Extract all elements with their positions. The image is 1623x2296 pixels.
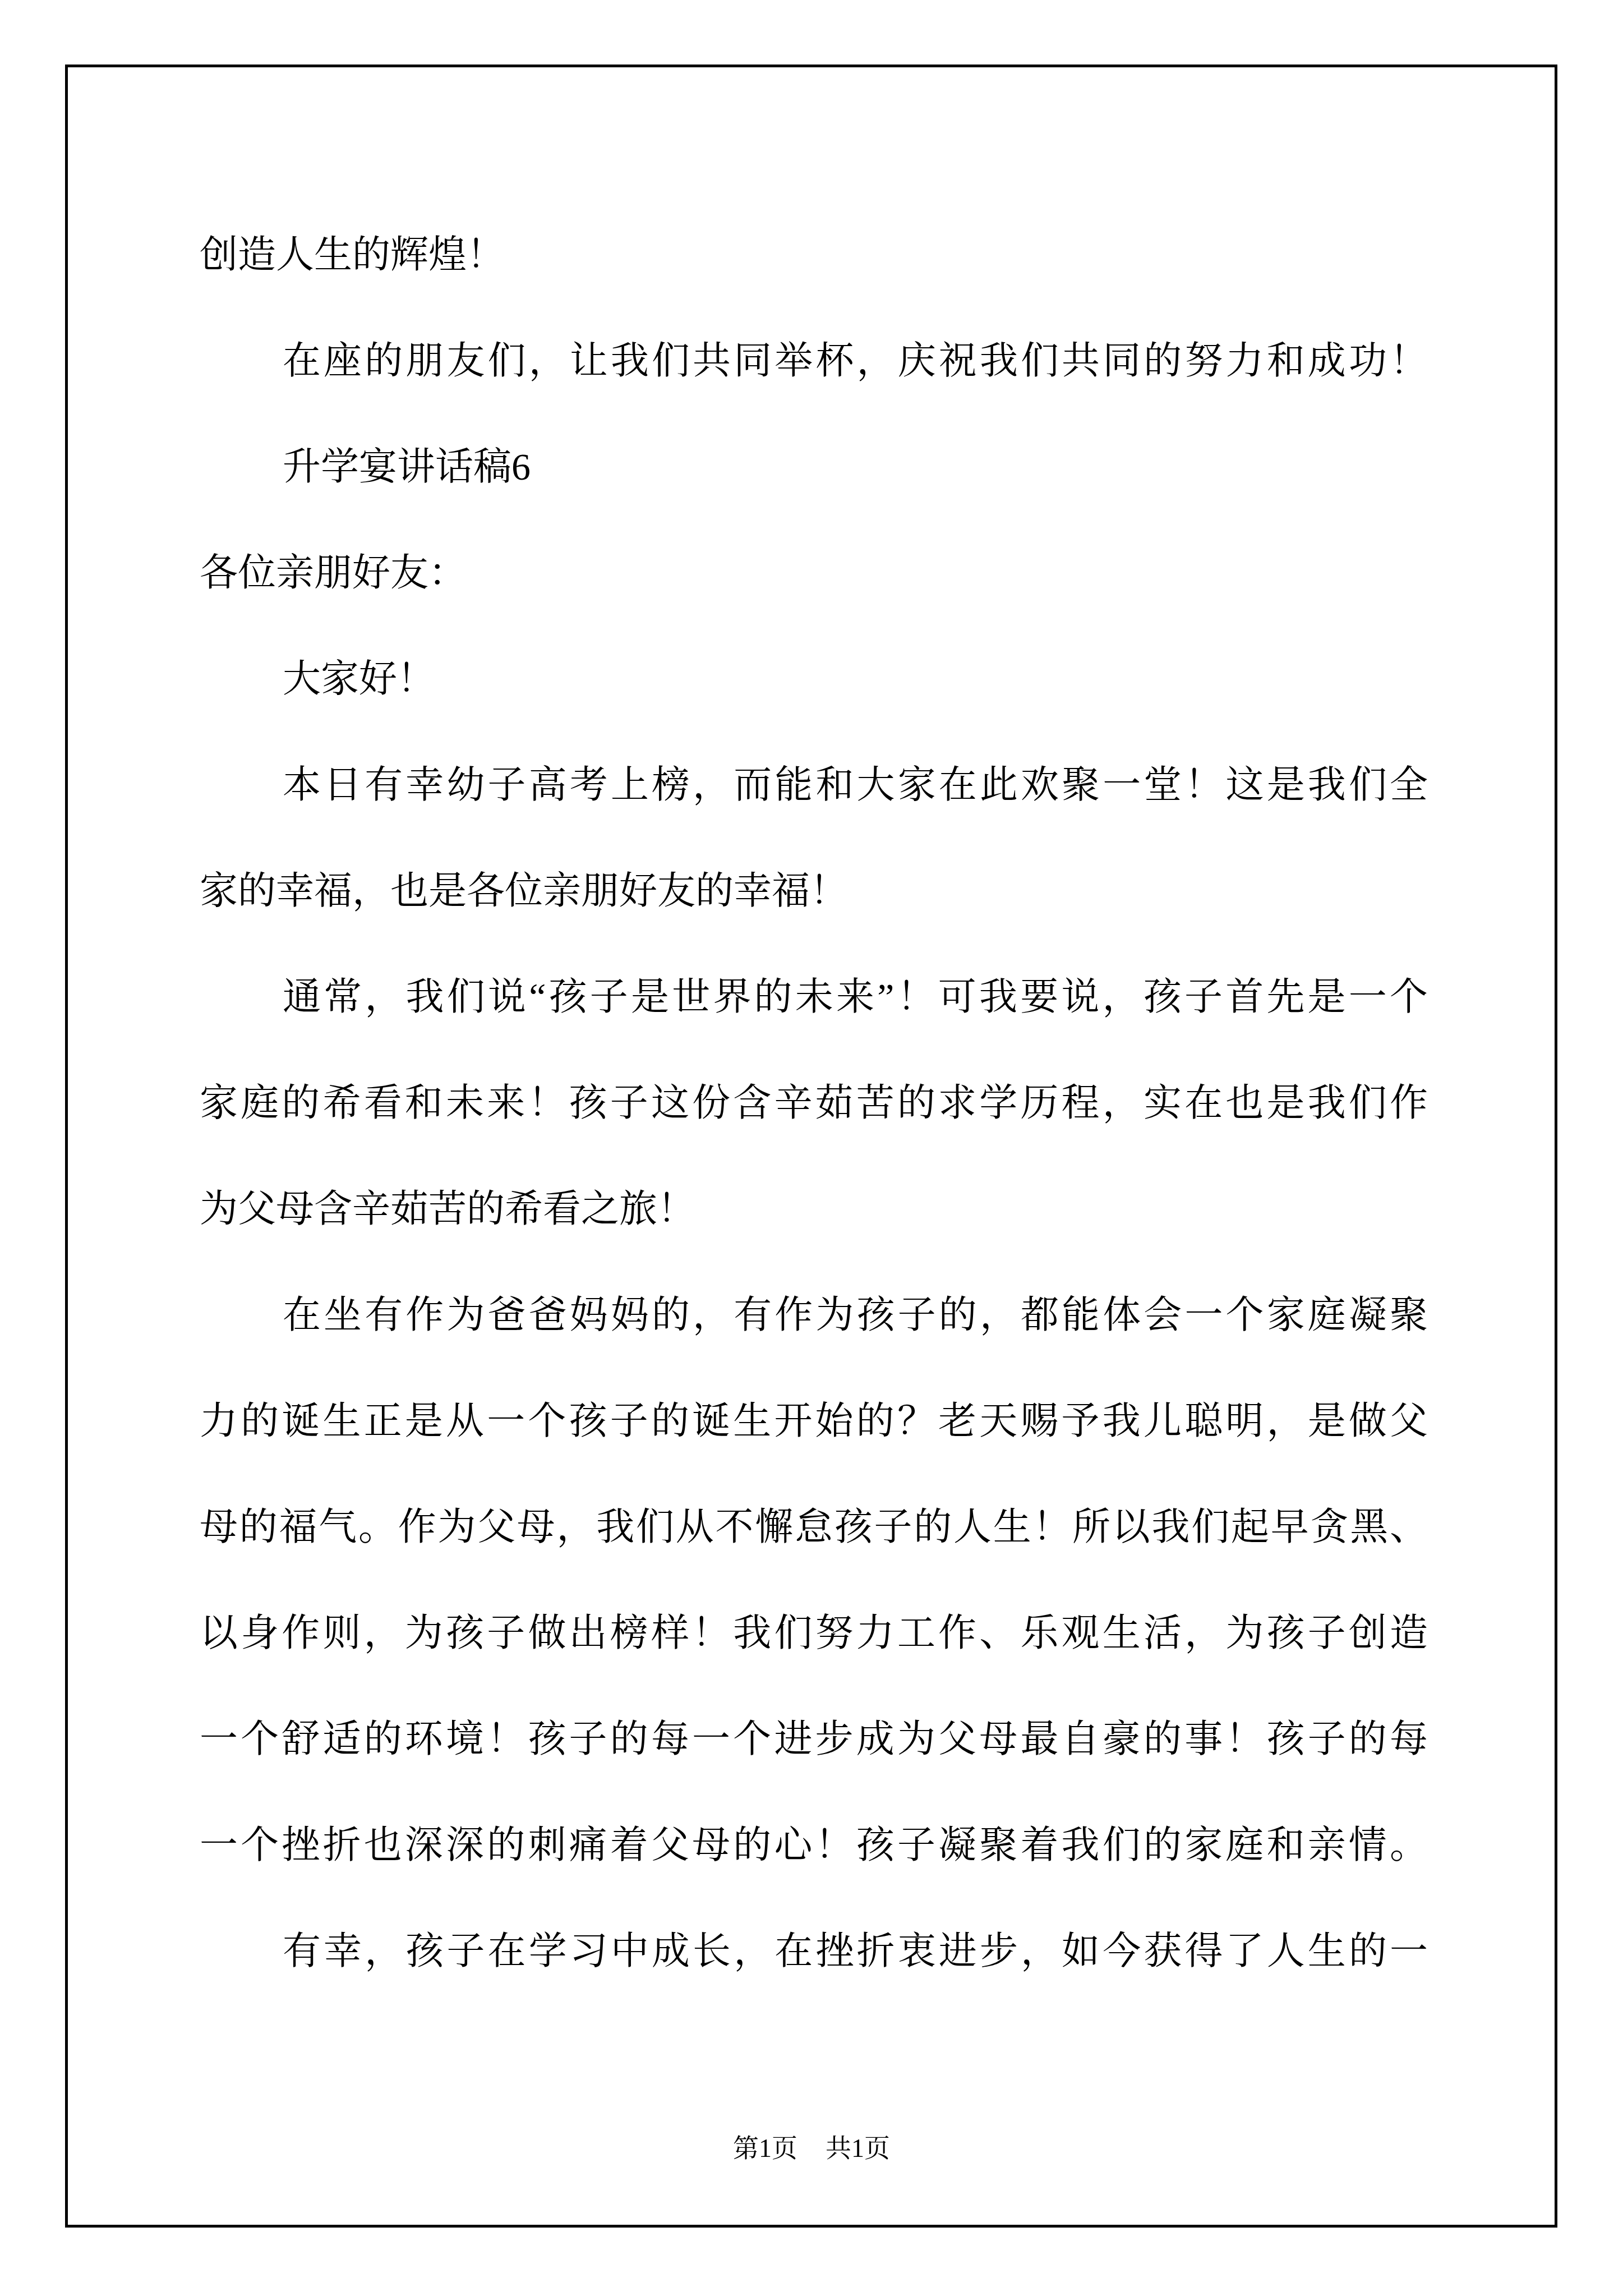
- footer-page-number: 第1页: [733, 2134, 797, 2162]
- text-line: 家庭的希看和未来！孩子这份含辛茹苦的求学历程，实在也是我们作: [200, 1050, 1428, 1156]
- text-line: 一个挫折也深深的刺痛着父母的心！孩子凝聚着我们的家庭和亲情。: [200, 1792, 1428, 1898]
- text-line: 母的福气。作为父母，我们从不懈怠孩子的人生！所以我们起早贪黑、: [200, 1474, 1428, 1580]
- text-line: 以身作则，为孩子做出榜样！我们努力工作、乐观生活，为孩子创造: [200, 1580, 1428, 1686]
- document-body: 创造人生的辉煌！在座的朋友们，让我们共同举杯，庆祝我们共同的努力和成功！升学宴讲…: [200, 202, 1428, 2004]
- text-line: 力的诞生正是从一个孩子的诞生开始的？老天赐予我儿聪明，是做父: [200, 1368, 1428, 1474]
- footer-total-pages: 共1页: [826, 2134, 890, 2162]
- text-line: 有幸，孩子在学习中成长，在挫折衷进步，如今获得了人生的一: [200, 1898, 1428, 2004]
- text-line: 通常，我们说“孩子是世界的未来”！可我要说，孩子首先是一个: [200, 944, 1428, 1050]
- text-line: 各位亲朋好友：: [200, 520, 1428, 626]
- text-line: 在坐有作为爸爸妈妈的，有作为孩子的，都能体会一个家庭凝聚: [200, 1262, 1428, 1368]
- text-line: 为父母含辛茹苦的希看之旅！: [200, 1156, 1428, 1262]
- text-line: 家的幸福，也是各位亲朋好友的幸福！: [200, 838, 1428, 944]
- text-line: 一个舒适的环境！孩子的每一个进步成为父母最自豪的事！孩子的每: [200, 1686, 1428, 1792]
- text-line: 本日有幸幼子高考上榜，而能和大家在此欢聚一堂！这是我们全: [200, 732, 1428, 838]
- text-line: 大家好！: [200, 626, 1428, 732]
- text-line: 升学宴讲话稿6: [200, 414, 1428, 520]
- text-line: 在座的朋友们，让我们共同举杯，庆祝我们共同的努力和成功！: [200, 308, 1428, 414]
- text-line: 创造人生的辉煌！: [200, 202, 1428, 308]
- page-footer: 第1页共1页: [0, 2132, 1623, 2165]
